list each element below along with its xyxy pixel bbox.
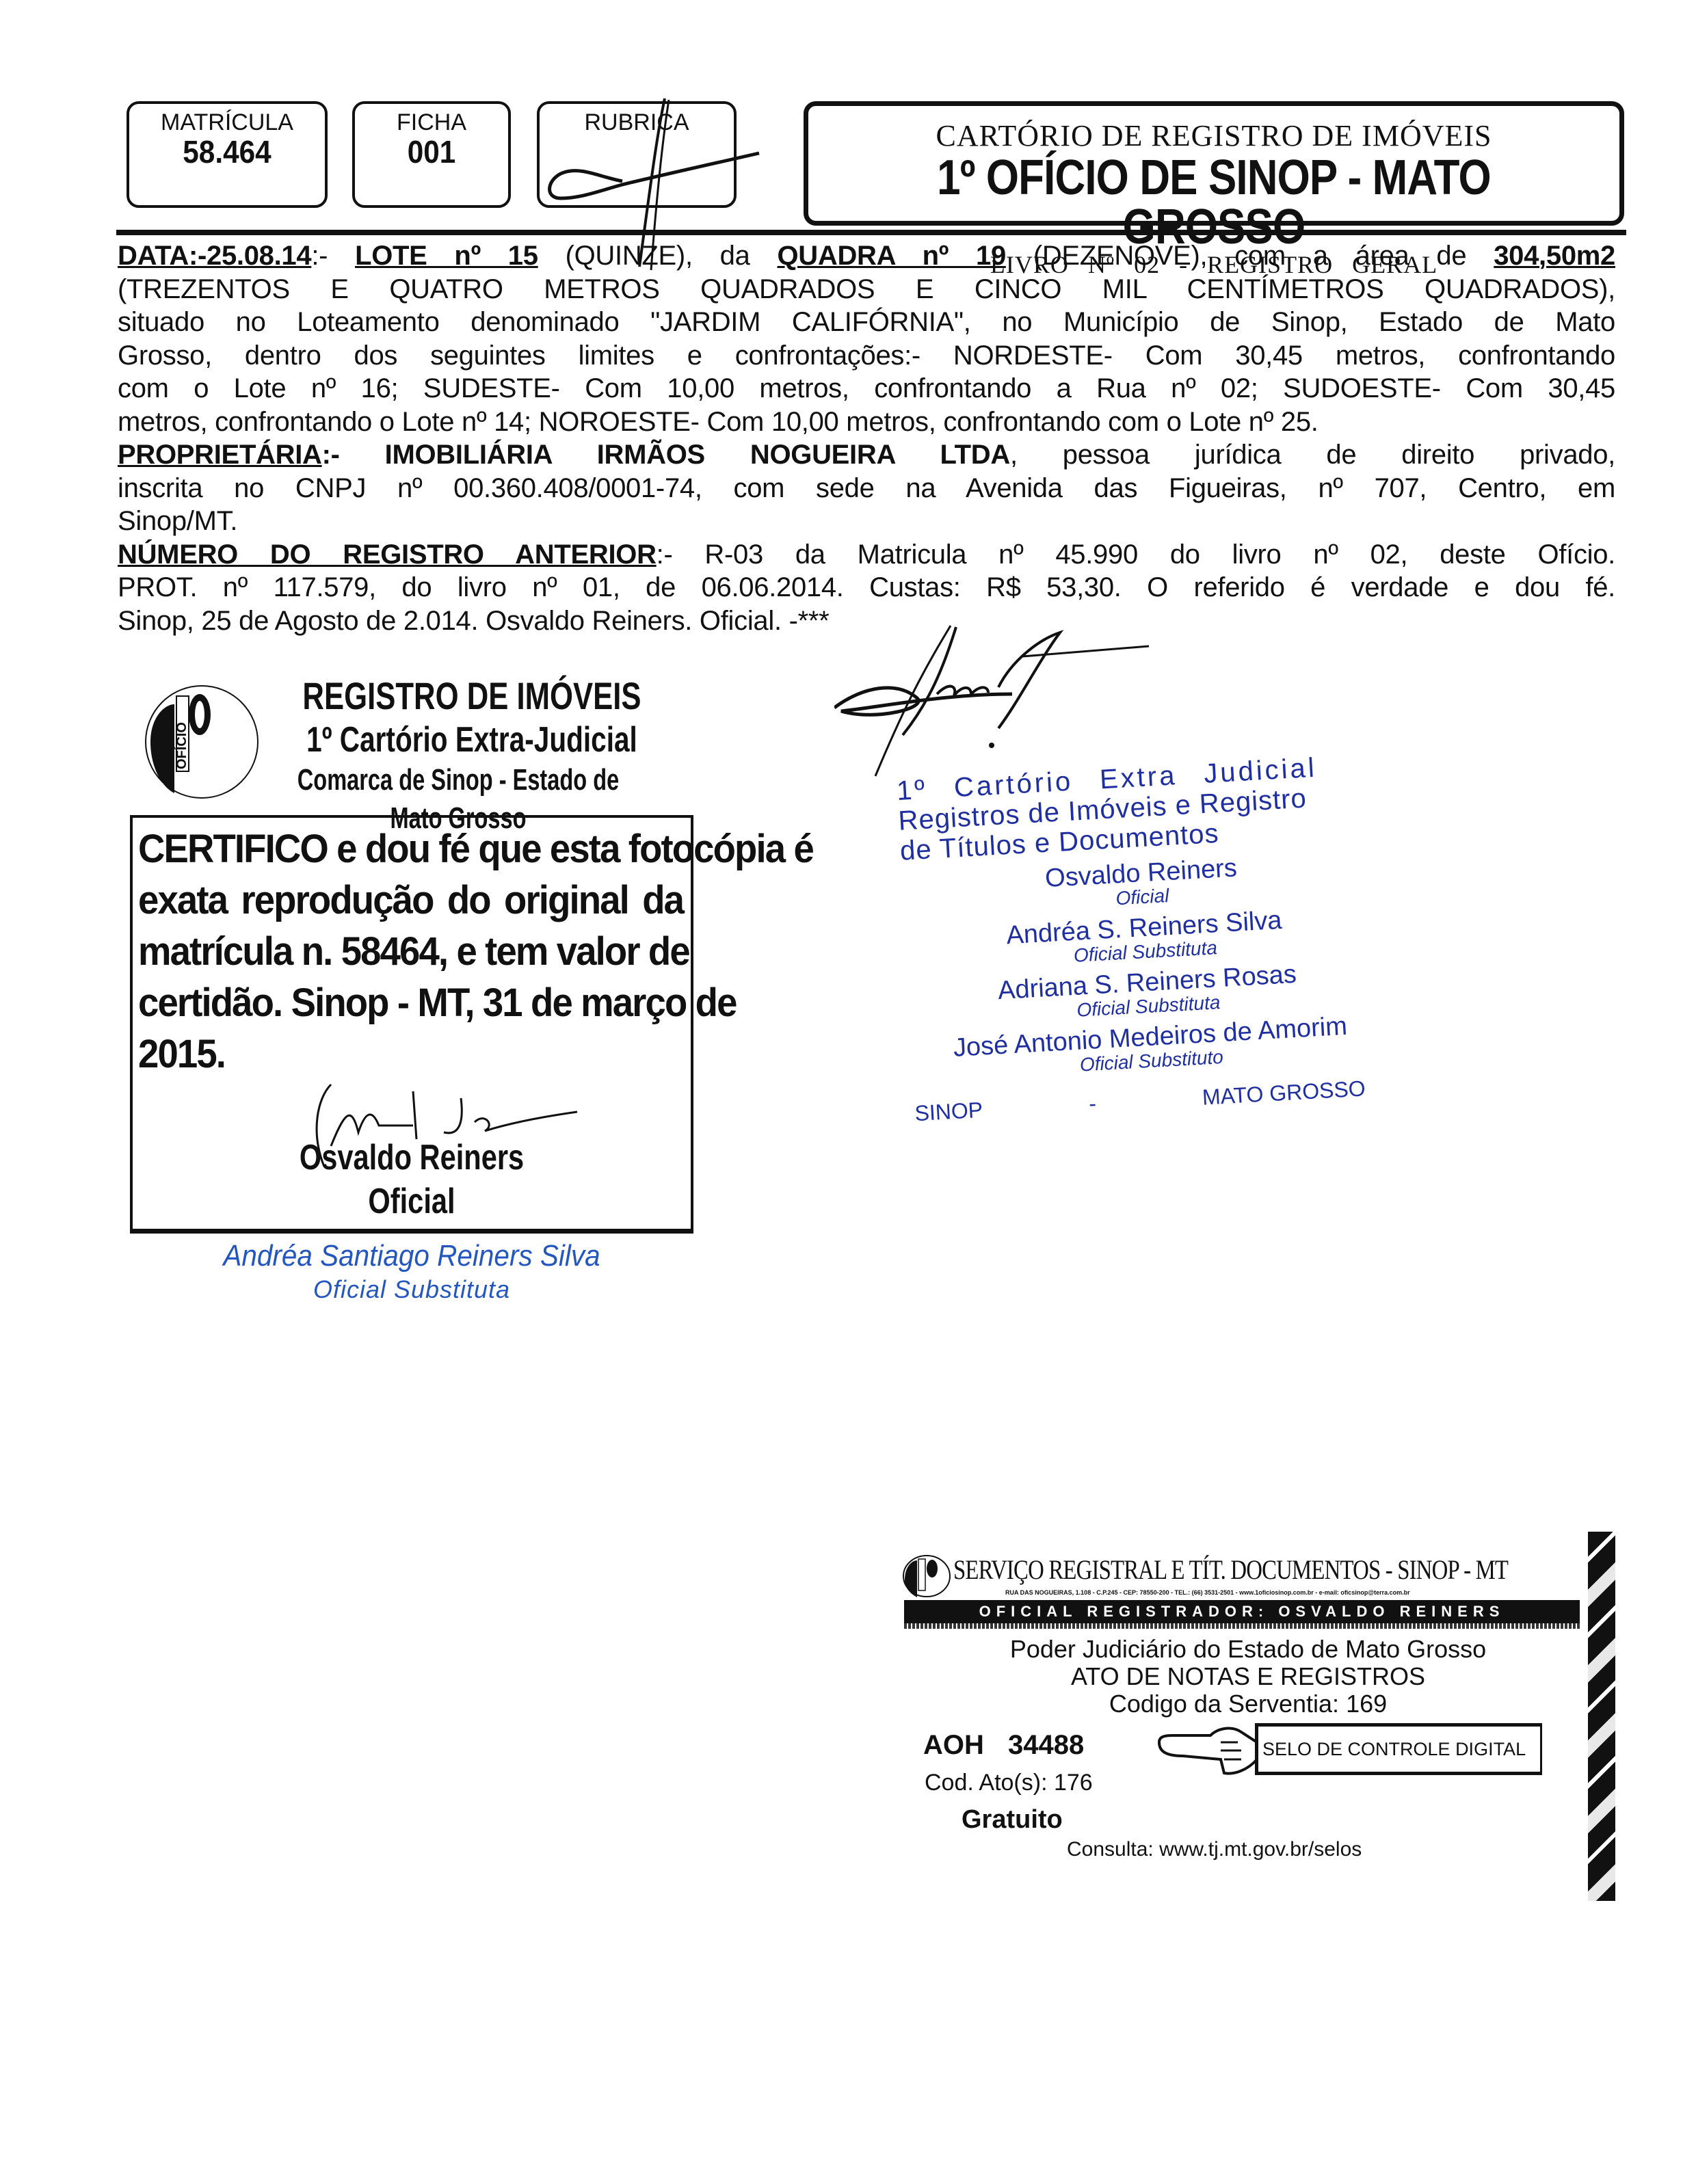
- record-line: com o Lote nº 16; SUDESTE- Com 10,00 met…: [118, 372, 1615, 405]
- seal-title: SERVIÇO REGISTRAL E TÍT. DOCUMENTOS - SI…: [953, 1554, 1508, 1586]
- ficha-label: FICHA: [355, 109, 508, 136]
- record-segment: com o Lote nº 16; SUDESTE- Com 10,00 met…: [118, 373, 1615, 403]
- record-segment: NÚMERO DO REGISTRO ANTERIOR: [118, 540, 657, 570]
- record-segment: , pessoa jurídica de direito privado,: [1010, 440, 1615, 470]
- stamp-title-line1: REGISTRO DE IMÓVEIS: [301, 674, 642, 719]
- record-segment: Grosso, dentro dos seguintes limites e c…: [118, 341, 1615, 371]
- seal-security-strip: [1588, 1532, 1615, 1901]
- stamp-title-line2: 1º Cartório Extra-Judicial: [301, 719, 642, 761]
- blue-stamp-state: MATO GROSSO: [1202, 1076, 1366, 1110]
- record-segment: Sinop/MT.: [118, 506, 237, 536]
- substitute-stamp: Andréa Santiago Reiners Silva Oficial Su…: [130, 1238, 693, 1305]
- record-line: DATA:-25.08.14:- LOTE nº 15 (QUINZE), da…: [118, 239, 1615, 273]
- record-line: Sinop/MT.: [118, 505, 1615, 538]
- blue-notary-stamp: 1º Cartório Extra Judicial Registros de …: [896, 749, 1394, 1126]
- matricula-value: 58.464: [137, 133, 317, 170]
- record-line: metros, confrontando o Lote nº 14; NOROE…: [118, 405, 1615, 439]
- record-segment: :-: [311, 241, 355, 271]
- seal-address: RUA DAS NOGUEIRAS, 1.108 - C.P.245 - CEP…: [1005, 1589, 1410, 1596]
- seal-consulta: Consulta: www.tj.mt.gov.br/selos: [1067, 1838, 1362, 1861]
- record-segment: situado no Loteamento denominado "JARDIM…: [118, 307, 1615, 337]
- record-segment: (TREZENTOS E QUATRO METROS QUADRADOS E C…: [118, 274, 1615, 304]
- certificate-line: exata reprodução do original da: [138, 875, 683, 926]
- seal-act-type: ATO DE NOTAS E REGISTROS: [916, 1663, 1580, 1690]
- signer-name: Osvaldo Reiners: [189, 1136, 635, 1180]
- registry-header-line1: CARTÓRIO DE REGISTRO DE IMÓVEIS: [808, 118, 1619, 153]
- certificate-line: CERTIFICO e dou fé que esta fotocópia é: [138, 823, 683, 875]
- blue-stamp-city: SINOP: [914, 1097, 983, 1127]
- record-segment: metros, confrontando o Lote nº 14; NOROE…: [118, 407, 1319, 437]
- seal-logo-icon: [899, 1552, 951, 1600]
- record-segment: :- IMOBILIÁRIA IRMÃOS NOGUEIRA LTDA: [322, 440, 1010, 470]
- svg-text:OFÍCIO: OFÍCIO: [174, 722, 189, 769]
- header-divider: [116, 230, 1626, 235]
- seal-cod-ato: Cod. Ato(s): 176: [925, 1770, 1093, 1796]
- signer-role: Oficial: [189, 1180, 635, 1223]
- seal-serventia: Codigo da Serventia: 169: [916, 1690, 1580, 1718]
- matricula-label: MATRÍCULA: [129, 109, 325, 136]
- record-segment: DATA:-25.08.14: [118, 241, 311, 271]
- seal-code: AOH 34488: [923, 1730, 1084, 1761]
- record-segment: inscrita no CNPJ nº 00.360.408/0001-74, …: [118, 473, 1615, 503]
- record-segment: PROT. nº 117.579, do livro nº 01, de 06.…: [118, 572, 1615, 602]
- record-body: DATA:-25.08.14:- LOTE nº 15 (QUINZE), da…: [118, 239, 1615, 637]
- ficha-box: FICHA 001: [352, 101, 511, 208]
- seal-registrar-bar: OFICIAL REGISTRADOR: OSVALDO REINERS: [904, 1600, 1580, 1623]
- record-segment: (QUINZE), da: [538, 241, 778, 271]
- cartorio-logo-icon: OFÍCIO: [137, 677, 260, 807]
- certificate-line: matrícula n. 58464, e tem valor de: [138, 926, 683, 977]
- digital-control-seal: SERVIÇO REGISTRAL E TÍT. DOCUMENTOS - SI…: [896, 1539, 1580, 1854]
- record-segment: QUADRA nº 19: [777, 241, 1005, 271]
- record-line: PROPRIETÁRIA:- IMOBILIÁRIA IRMÃOS NOGUEI…: [118, 438, 1615, 472]
- record-line: Grosso, dentro dos seguintes limites e c…: [118, 339, 1615, 373]
- record-line: NÚMERO DO REGISTRO ANTERIOR:- R-03 da Ma…: [118, 538, 1615, 572]
- selo-label-box: SELO DE CONTROLE DIGITAL: [1255, 1723, 1542, 1775]
- seal-court: Poder Judiciário do Estado de Mato Gross…: [916, 1636, 1580, 1663]
- matricula-box: MATRÍCULA 58.464: [127, 101, 328, 208]
- ficha-value: 001: [361, 133, 502, 170]
- seal-fee: Gratuito: [962, 1805, 1063, 1835]
- certificate-line: certidão. Sinop - MT, 31 de março de: [138, 977, 683, 1028]
- officer-signature-icon: [834, 619, 1190, 783]
- certificate-box: CERTIFICO e dou fé que esta fotocópia ée…: [130, 815, 693, 1234]
- record-segment: PROPRIETÁRIA: [118, 440, 322, 470]
- certificate-stamp-title: REGISTRO DE IMÓVEIS 1º Cartório Extra-Ju…: [253, 674, 691, 838]
- certificate-signer: Osvaldo Reiners Oficial: [189, 1136, 635, 1223]
- record-segment: :- R-03 da Matricula nº 45.990 do livro …: [657, 540, 1615, 570]
- certificate-text: CERTIFICO e dou fé que esta fotocópia ée…: [138, 823, 685, 1080]
- seal-bar-pattern: [904, 1623, 1580, 1629]
- pointing-hand-icon: [1156, 1722, 1258, 1776]
- record-segment: Sinop, 25 de Agosto de 2.014. Osvaldo Re…: [118, 606, 829, 636]
- record-line: inscrita no CNPJ nº 00.360.408/0001-74, …: [118, 472, 1615, 505]
- blue-stamp-separator: -: [1088, 1091, 1097, 1117]
- substitute-role: Oficial Substituta: [130, 1275, 693, 1305]
- blue-stamp-officers: Osvaldo ReinersOficialAndréa S. Reiners …: [901, 847, 1391, 1085]
- registry-header: CARTÓRIO DE REGISTRO DE IMÓVEIS 1º OFÍCI…: [804, 101, 1624, 226]
- registry-header-title: 1º OFÍCIO DE SINOP - MATO GROSSO: [865, 153, 1563, 252]
- record-segment: 304,50m2: [1494, 241, 1615, 271]
- blue-stamp-footer: SINOP - MATO GROSSO: [914, 1076, 1366, 1126]
- record-segment: LOTE nº 15: [355, 241, 538, 271]
- substitute-name: Andréa Santiago Reiners Silva: [153, 1238, 671, 1275]
- record-line: (TREZENTOS E QUATRO METROS QUADRADOS E C…: [118, 273, 1615, 306]
- record-line: PROT. nº 117.579, do livro nº 01, de 06.…: [118, 571, 1615, 604]
- record-segment: (DEZENOVE), com a área de: [1006, 241, 1494, 271]
- record-line: situado no Loteamento denominado "JARDIM…: [118, 306, 1615, 339]
